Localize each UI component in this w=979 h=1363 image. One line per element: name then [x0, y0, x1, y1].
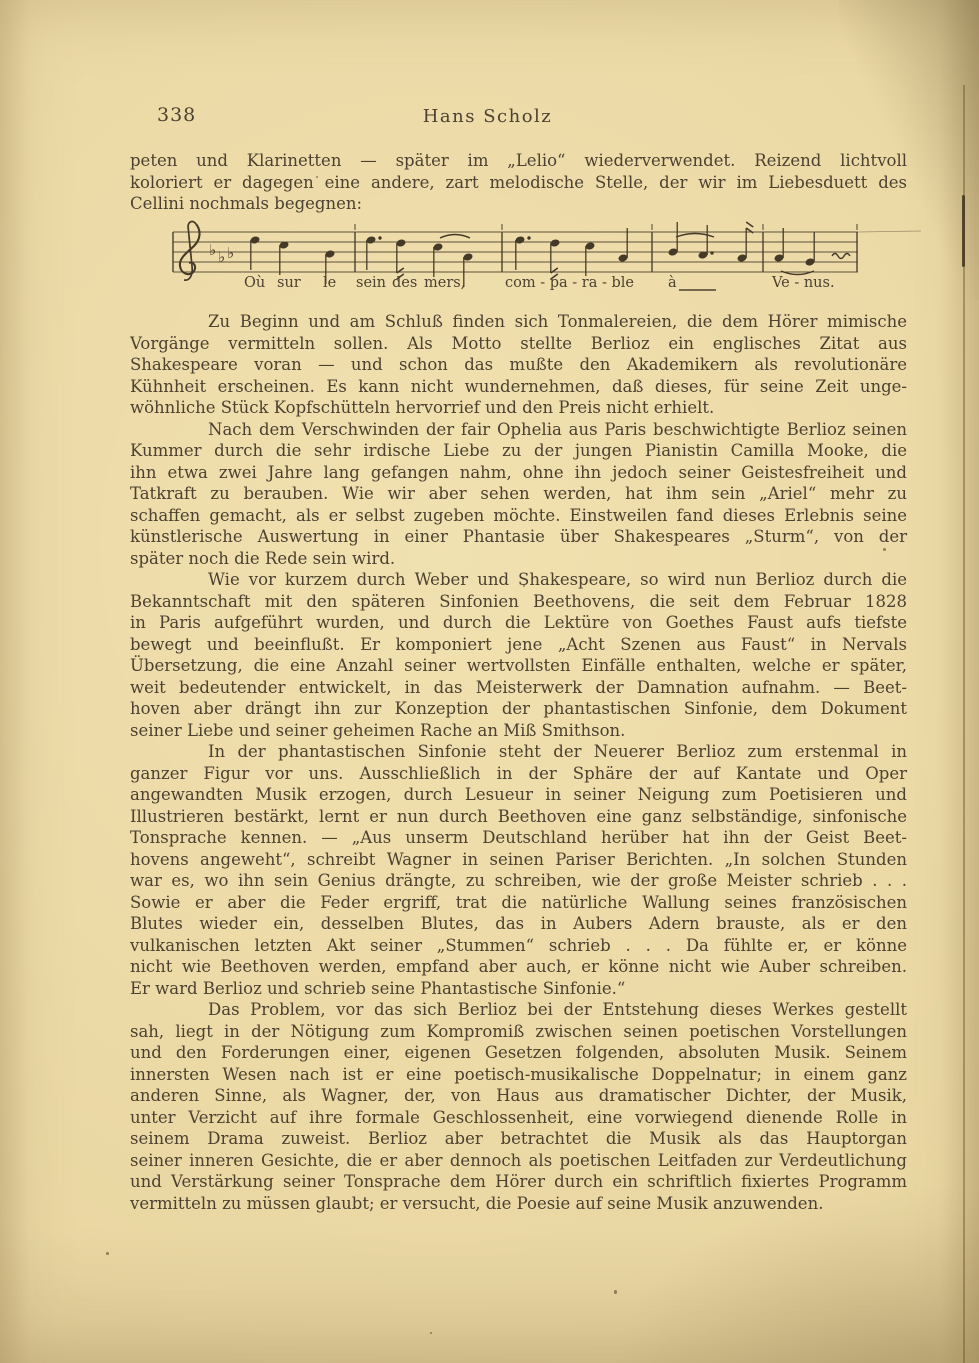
lyric-syllable: sur — [277, 275, 301, 291]
note — [774, 228, 785, 263]
staff-line-extension — [858, 231, 921, 232]
text-line: Tatkraft zu berauben. Wie wir aber sehen… — [130, 483, 907, 505]
text-line: und Verstärkung seiner Tonsprache dem Hö… — [130, 1171, 907, 1193]
note — [279, 240, 290, 275]
lyric-syllable: com - pa - ra - ble — [505, 275, 634, 291]
note — [366, 235, 382, 270]
text-line: Zu Beginn und am Schluß finden sich Tonm… — [130, 311, 907, 333]
note — [515, 235, 531, 270]
text-line: Cellini nochmals begegnen: — [130, 193, 907, 215]
treble-clef-icon — [180, 222, 200, 281]
text-line: in Paris aufgeführt wurden, und durch di… — [130, 612, 907, 634]
augmentation-dot — [710, 251, 713, 254]
text-line: Illustrieren bestärkt, lernt er nun durc… — [130, 806, 907, 828]
eighth-flag — [746, 222, 753, 233]
flat-sign: ♭ — [209, 241, 216, 259]
text-line: sah, liegt in der Nötigung zum Kompromiß… — [130, 1021, 907, 1043]
text-line: seiner inneren Gesichte, die er aber den… — [130, 1150, 907, 1172]
text-line: künstlerische Auswertung in einer Phanta… — [130, 526, 907, 548]
text-line: angewandten Musik erzogen, durch Lesueur… — [130, 784, 907, 806]
text-line: Kummer durch die sehr irdische Liebe zu … — [130, 440, 907, 462]
text-line: In der phantastischen Sinfonie steht der… — [130, 741, 907, 763]
text-line: weit bedeutender entwickelt, in das Meis… — [130, 677, 907, 699]
text-line: Übersetzung, die eine Anzahl seiner wert… — [130, 655, 907, 677]
scan-speck — [614, 1290, 617, 1294]
text-line: hovens angeweht“, schreibt Wagner in sei… — [130, 849, 907, 871]
lyric-syllable: sein — [356, 275, 386, 291]
text-line: ganzer Figur vor uns. Ausschließlich in … — [130, 763, 907, 785]
text-line: vulkanischen letzten Akt seiner „Stummen… — [130, 935, 907, 957]
text-line: Wie vor kurzem durch Weber und Shakespea… — [130, 569, 907, 591]
text-line: peten und Klarinetten — später im „Lelio… — [130, 150, 907, 172]
intro-paragraph: peten und Klarinetten — später im „Lelio… — [130, 150, 907, 215]
augmentation-dot — [527, 236, 530, 239]
text-line: koloriert er dagegen eine andere, zart m… — [130, 172, 907, 194]
body-text: Zu Beginn und am Schluß finden sich Tonm… — [130, 311, 907, 1214]
augmentation-dot — [378, 236, 381, 239]
text-line: Er ward Berlioz und schrieb seine Phanta… — [130, 978, 907, 1000]
text-line: bewegt und beeinflußt. Er komponiert jen… — [130, 634, 907, 656]
text-line: Das Problem, vor das sich Berlioz bei de… — [130, 999, 907, 1021]
text-line: Blutes wieder ein, desselben Blutes, das… — [130, 913, 907, 935]
text-line: hoven aber drängt ihn zur Konzeption der… — [130, 698, 907, 720]
book-page-scan: 338 Hans Scholz peten und Klarinetten — … — [0, 0, 979, 1363]
text-line: später noch die Rede sein wird. — [130, 548, 907, 570]
music-notation-excerpt: ♭♭♭ Oùsurleseindesmers,com - pa - ra - b… — [0, 218, 979, 308]
text-line: Shakespeare voran — und schon das mußte … — [130, 354, 907, 376]
trill-mark — [832, 254, 850, 259]
text-line: nicht wie Beethoven werden, empfand aber… — [130, 956, 907, 978]
lyric-syllable: des — [392, 275, 417, 291]
slur — [440, 235, 470, 239]
text-line: und den Forderungen einer, eigenen Geset… — [130, 1042, 907, 1064]
note — [618, 228, 629, 263]
scan-speck — [106, 1252, 109, 1255]
text-line: wöhnliche Stück Kopfschütteln hervorrief… — [130, 397, 907, 419]
lyric-syllable: à — [668, 274, 677, 291]
note — [396, 238, 407, 279]
lyric-syllable: le — [323, 275, 336, 291]
note — [250, 235, 261, 270]
text-line: Bekanntschaft mit den späteren Sinfonien… — [130, 591, 907, 613]
flat-sign: ♭ — [218, 248, 225, 266]
note — [585, 241, 596, 276]
text-line: war es, wo ihn sein Genius drängte, zu s… — [130, 870, 907, 892]
text-line: schaffen gemacht, als er selbst zugeben … — [130, 505, 907, 527]
text-line: innersten Wesen nach ist er eine poetisc… — [130, 1064, 907, 1086]
flat-sign: ♭ — [227, 244, 234, 262]
text-line: ihn etwa zwei Jahre lang gefangen nahm, … — [130, 462, 907, 484]
scan-speck — [430, 1332, 432, 1334]
text-line: vermitteln zu müssen glaubt; er versucht… — [130, 1193, 907, 1215]
lyric-syllable: mers, — [424, 275, 465, 291]
note — [805, 232, 816, 267]
lyric-syllable: Ve - nus. — [771, 275, 835, 291]
lyrics: Oùsurleseindesmers,com - pa - ra - bleàV… — [244, 274, 835, 291]
text-line: Vorgänge vermitteln sollen. Als Motto st… — [130, 333, 907, 355]
text-line: anderen Sinne, als Wagner, der, von Haus… — [130, 1085, 907, 1107]
slur — [676, 234, 714, 238]
text-line: unter Verzicht auf ihre formale Geschlos… — [130, 1107, 907, 1129]
text-line: Kühnheit erscheinen. Es kann nicht wunde… — [130, 376, 907, 398]
lyric-syllable: Où — [244, 275, 265, 291]
text-line: seinem Drama zuweist. Berlioz aber betra… — [130, 1128, 907, 1150]
text-line: Tonsprache kennen. — „Aus unserm Deutsch… — [130, 827, 907, 849]
text-line: Sowie er aber die Feder ergriff, trat di… — [130, 892, 907, 914]
text-line: Nach dem Verschwinden der fair Ophelia a… — [130, 419, 907, 441]
running-header: Hans Scholz — [130, 106, 845, 127]
text-line: seiner Liebe und seiner geheimen Rache a… — [130, 720, 907, 742]
note — [550, 238, 561, 279]
note — [668, 222, 679, 257]
